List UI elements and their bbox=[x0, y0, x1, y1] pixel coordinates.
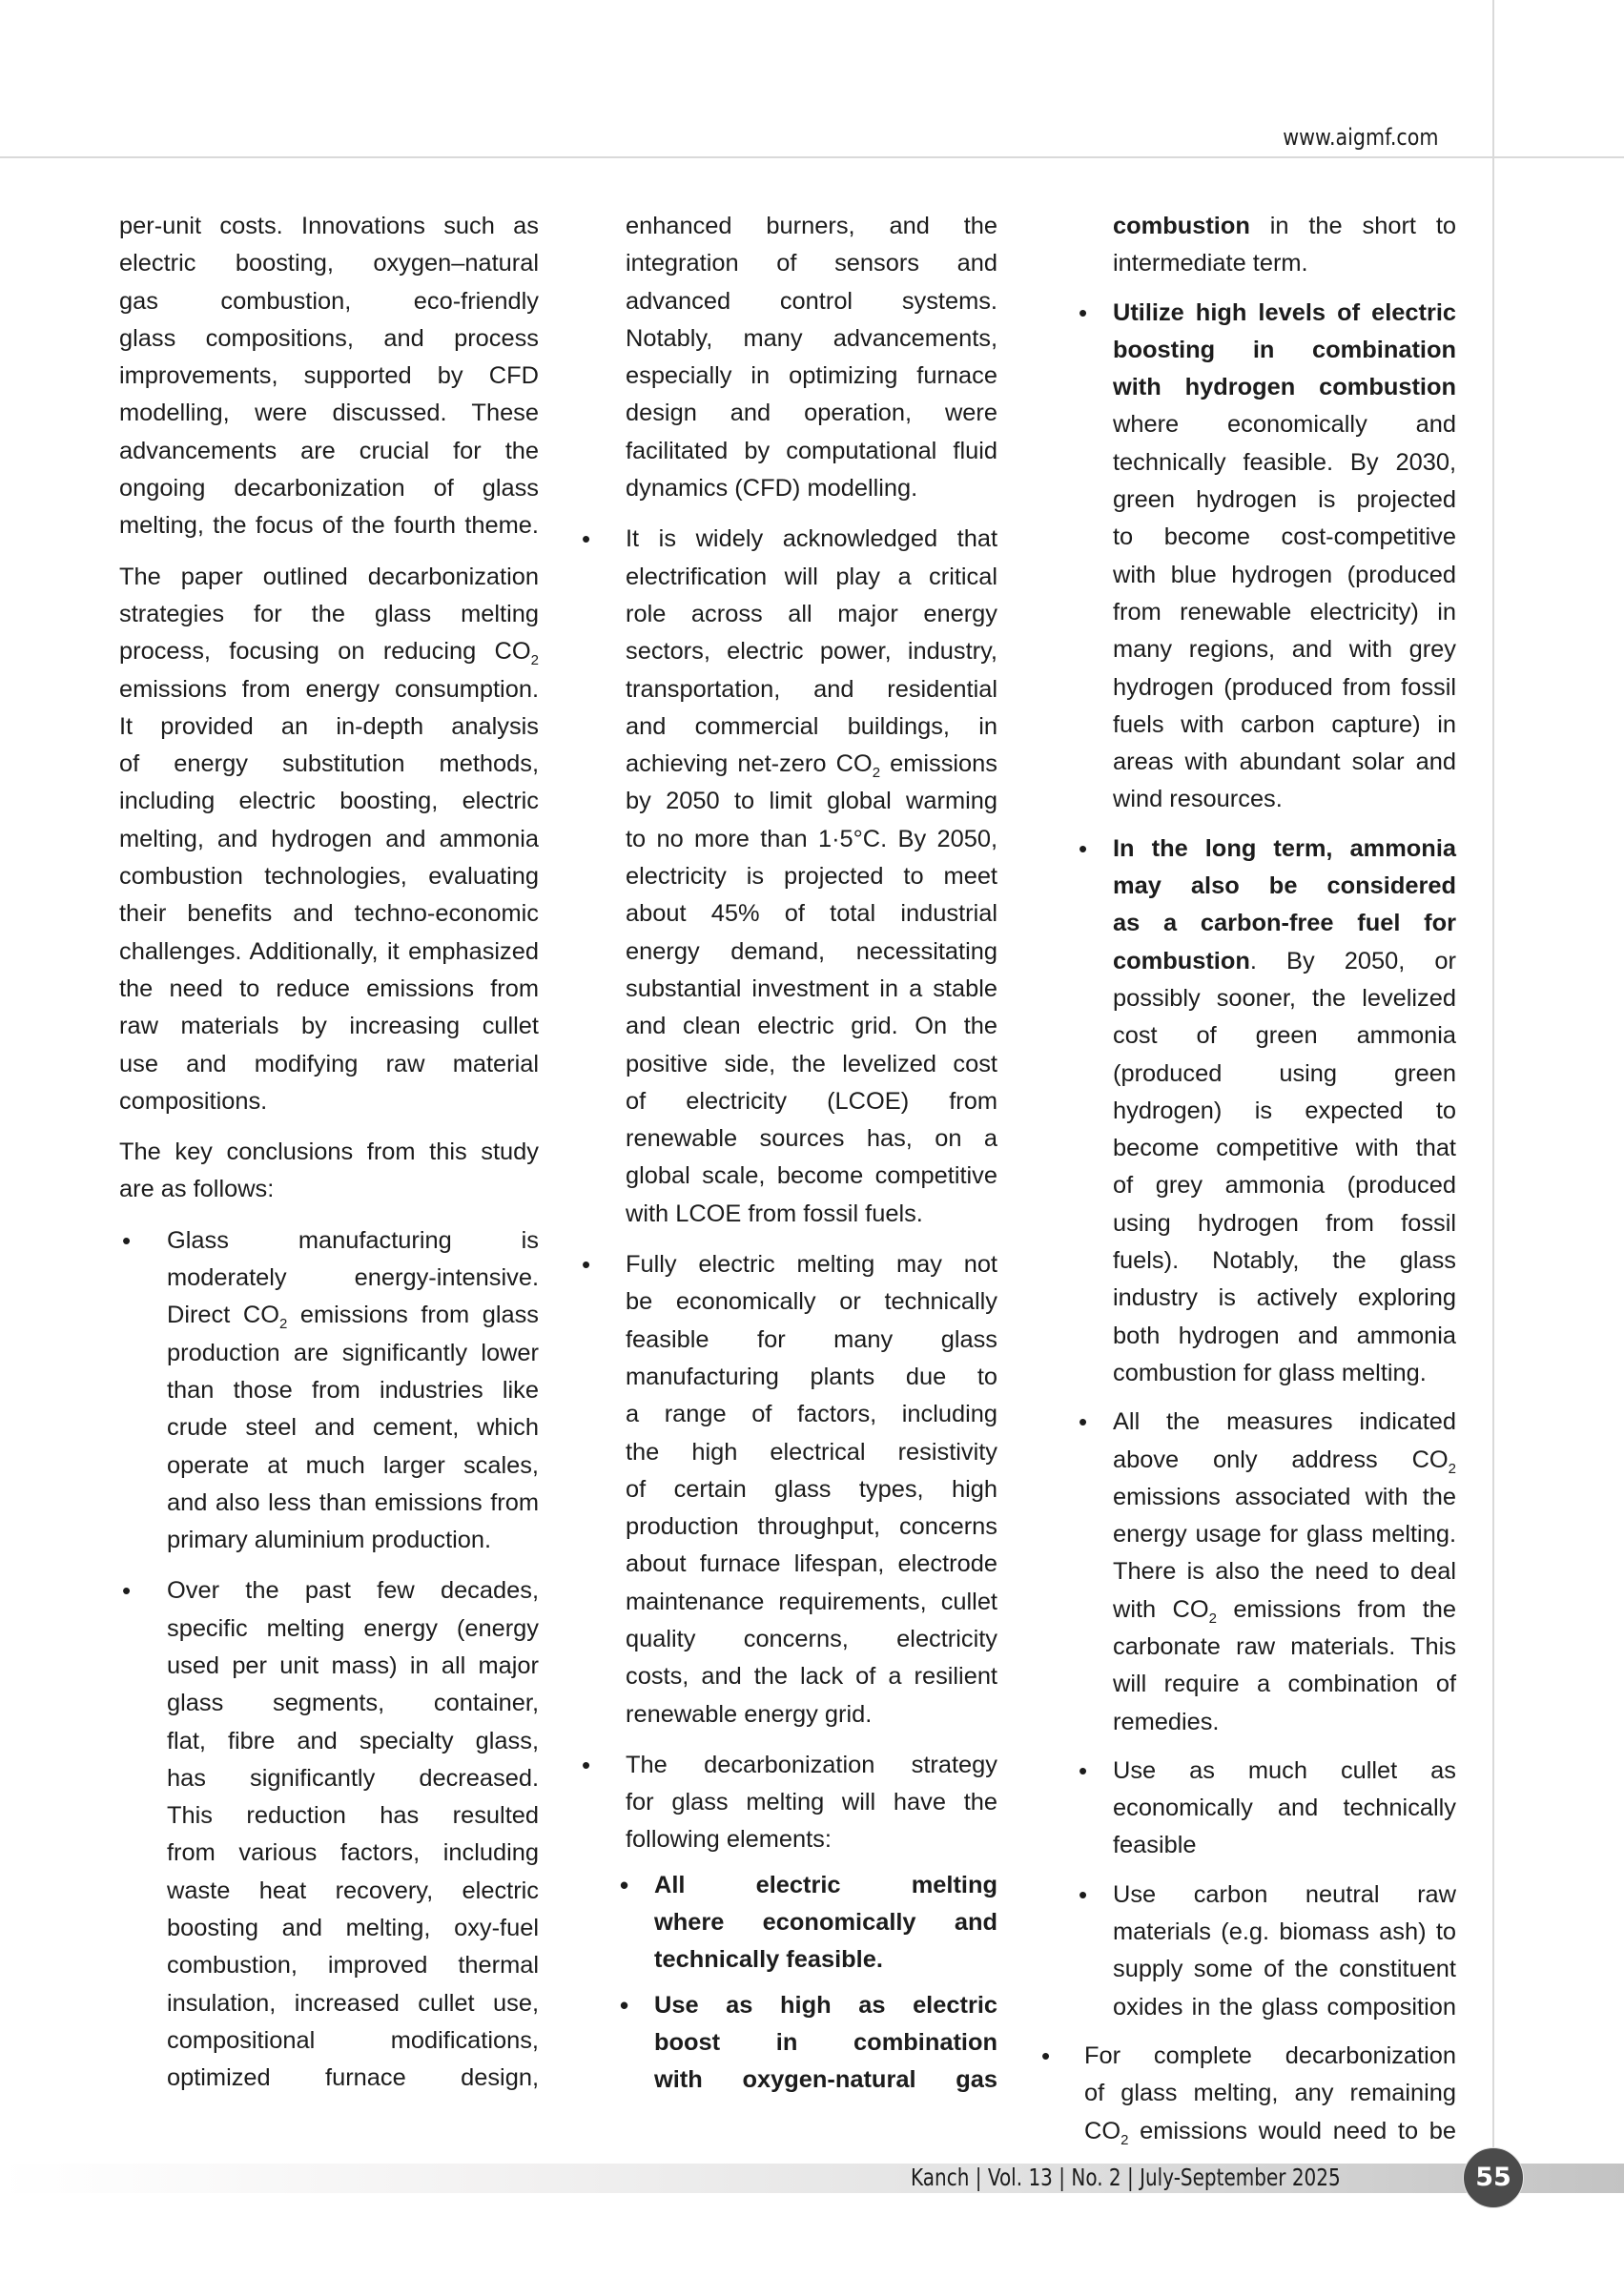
sub-bullet-all-electric: • All electric melting where economicall… bbox=[582, 1867, 997, 1980]
bullet-icon: • bbox=[1079, 295, 1087, 332]
bullet-icon: • bbox=[1079, 831, 1087, 868]
margin-rule bbox=[1492, 0, 1494, 2147]
header-rule bbox=[0, 156, 1624, 158]
sub-bullet-ammonia: • In the long term, ammonia may also be … bbox=[1039, 831, 1456, 1392]
bullet-icon: • bbox=[620, 1987, 628, 2024]
footer-publication: Kanch | Vol. 13 | No. 2 | July-September… bbox=[911, 2163, 1338, 2193]
bullet-icon: • bbox=[582, 1747, 590, 1784]
bullet-icon: • bbox=[620, 1867, 628, 1904]
bullet-icon: • bbox=[1079, 1877, 1087, 1914]
bullet-strategy: • The decarbonization strategy for glass… bbox=[582, 1747, 997, 1859]
bullet-glass-manufacturing: • Glass manufacturing is moderately ener… bbox=[119, 1222, 539, 1560]
bullet-complete-decarbonization: • For complete decarbonization of glass … bbox=[1039, 2038, 1456, 2150]
middle-column: enhanced burners, and the integration of… bbox=[582, 208, 997, 2107]
bullet-fully-electric: • Fully electric melting may not be econ… bbox=[582, 1246, 997, 1733]
left-column: per-unit costs. Innovations such as elec… bbox=[119, 208, 539, 2111]
paragraph-strategies: The paper outlined decarbonization strat… bbox=[119, 559, 539, 1120]
bullet-electrification: • It is widely acknowledged that electri… bbox=[582, 521, 997, 1233]
paragraph-innovations: per-unit costs. Innovations such as elec… bbox=[119, 208, 539, 545]
sub-bullet-continuation: combustion in the short to intermediate … bbox=[1039, 208, 1456, 283]
bullet-continuation: enhanced burners, and the integration of… bbox=[582, 208, 997, 507]
sub-bullet-hydrogen: • Utilize high levels of electric boosti… bbox=[1039, 295, 1456, 819]
sub-bullet-cullet: • Use as much cullet as economically and… bbox=[1039, 1753, 1456, 1865]
bullet-melting-energy: • Over the past few decades, specific me… bbox=[119, 1572, 539, 2097]
bullet-icon: • bbox=[582, 1246, 590, 1283]
bullet-icon: • bbox=[1041, 2038, 1050, 2075]
footer-band bbox=[0, 2164, 1624, 2193]
bullet-icon: • bbox=[1079, 1404, 1087, 1441]
sub-bullet-measures: • All the measures indicated above only … bbox=[1039, 1404, 1456, 1741]
bullet-icon: • bbox=[122, 1572, 131, 1610]
bullet-icon: • bbox=[122, 1222, 131, 1260]
page-number-badge: 55 bbox=[1463, 2147, 1524, 2208]
header-url[interactable]: www.aigmf.com bbox=[1283, 124, 1430, 151]
right-column: combustion in the short to intermediate … bbox=[1039, 208, 1456, 2164]
sub-bullet-electric-boost: • Use as high as electric boost in combi… bbox=[582, 1987, 997, 2100]
bullet-icon: • bbox=[582, 521, 590, 558]
sub-bullet-carbon-neutral: • Use carbon neutral raw materials (e.g.… bbox=[1039, 1877, 1456, 2026]
bullet-icon: • bbox=[1079, 1753, 1087, 1790]
paragraph-key-conclusions: The key conclusions from this study are … bbox=[119, 1134, 539, 1209]
